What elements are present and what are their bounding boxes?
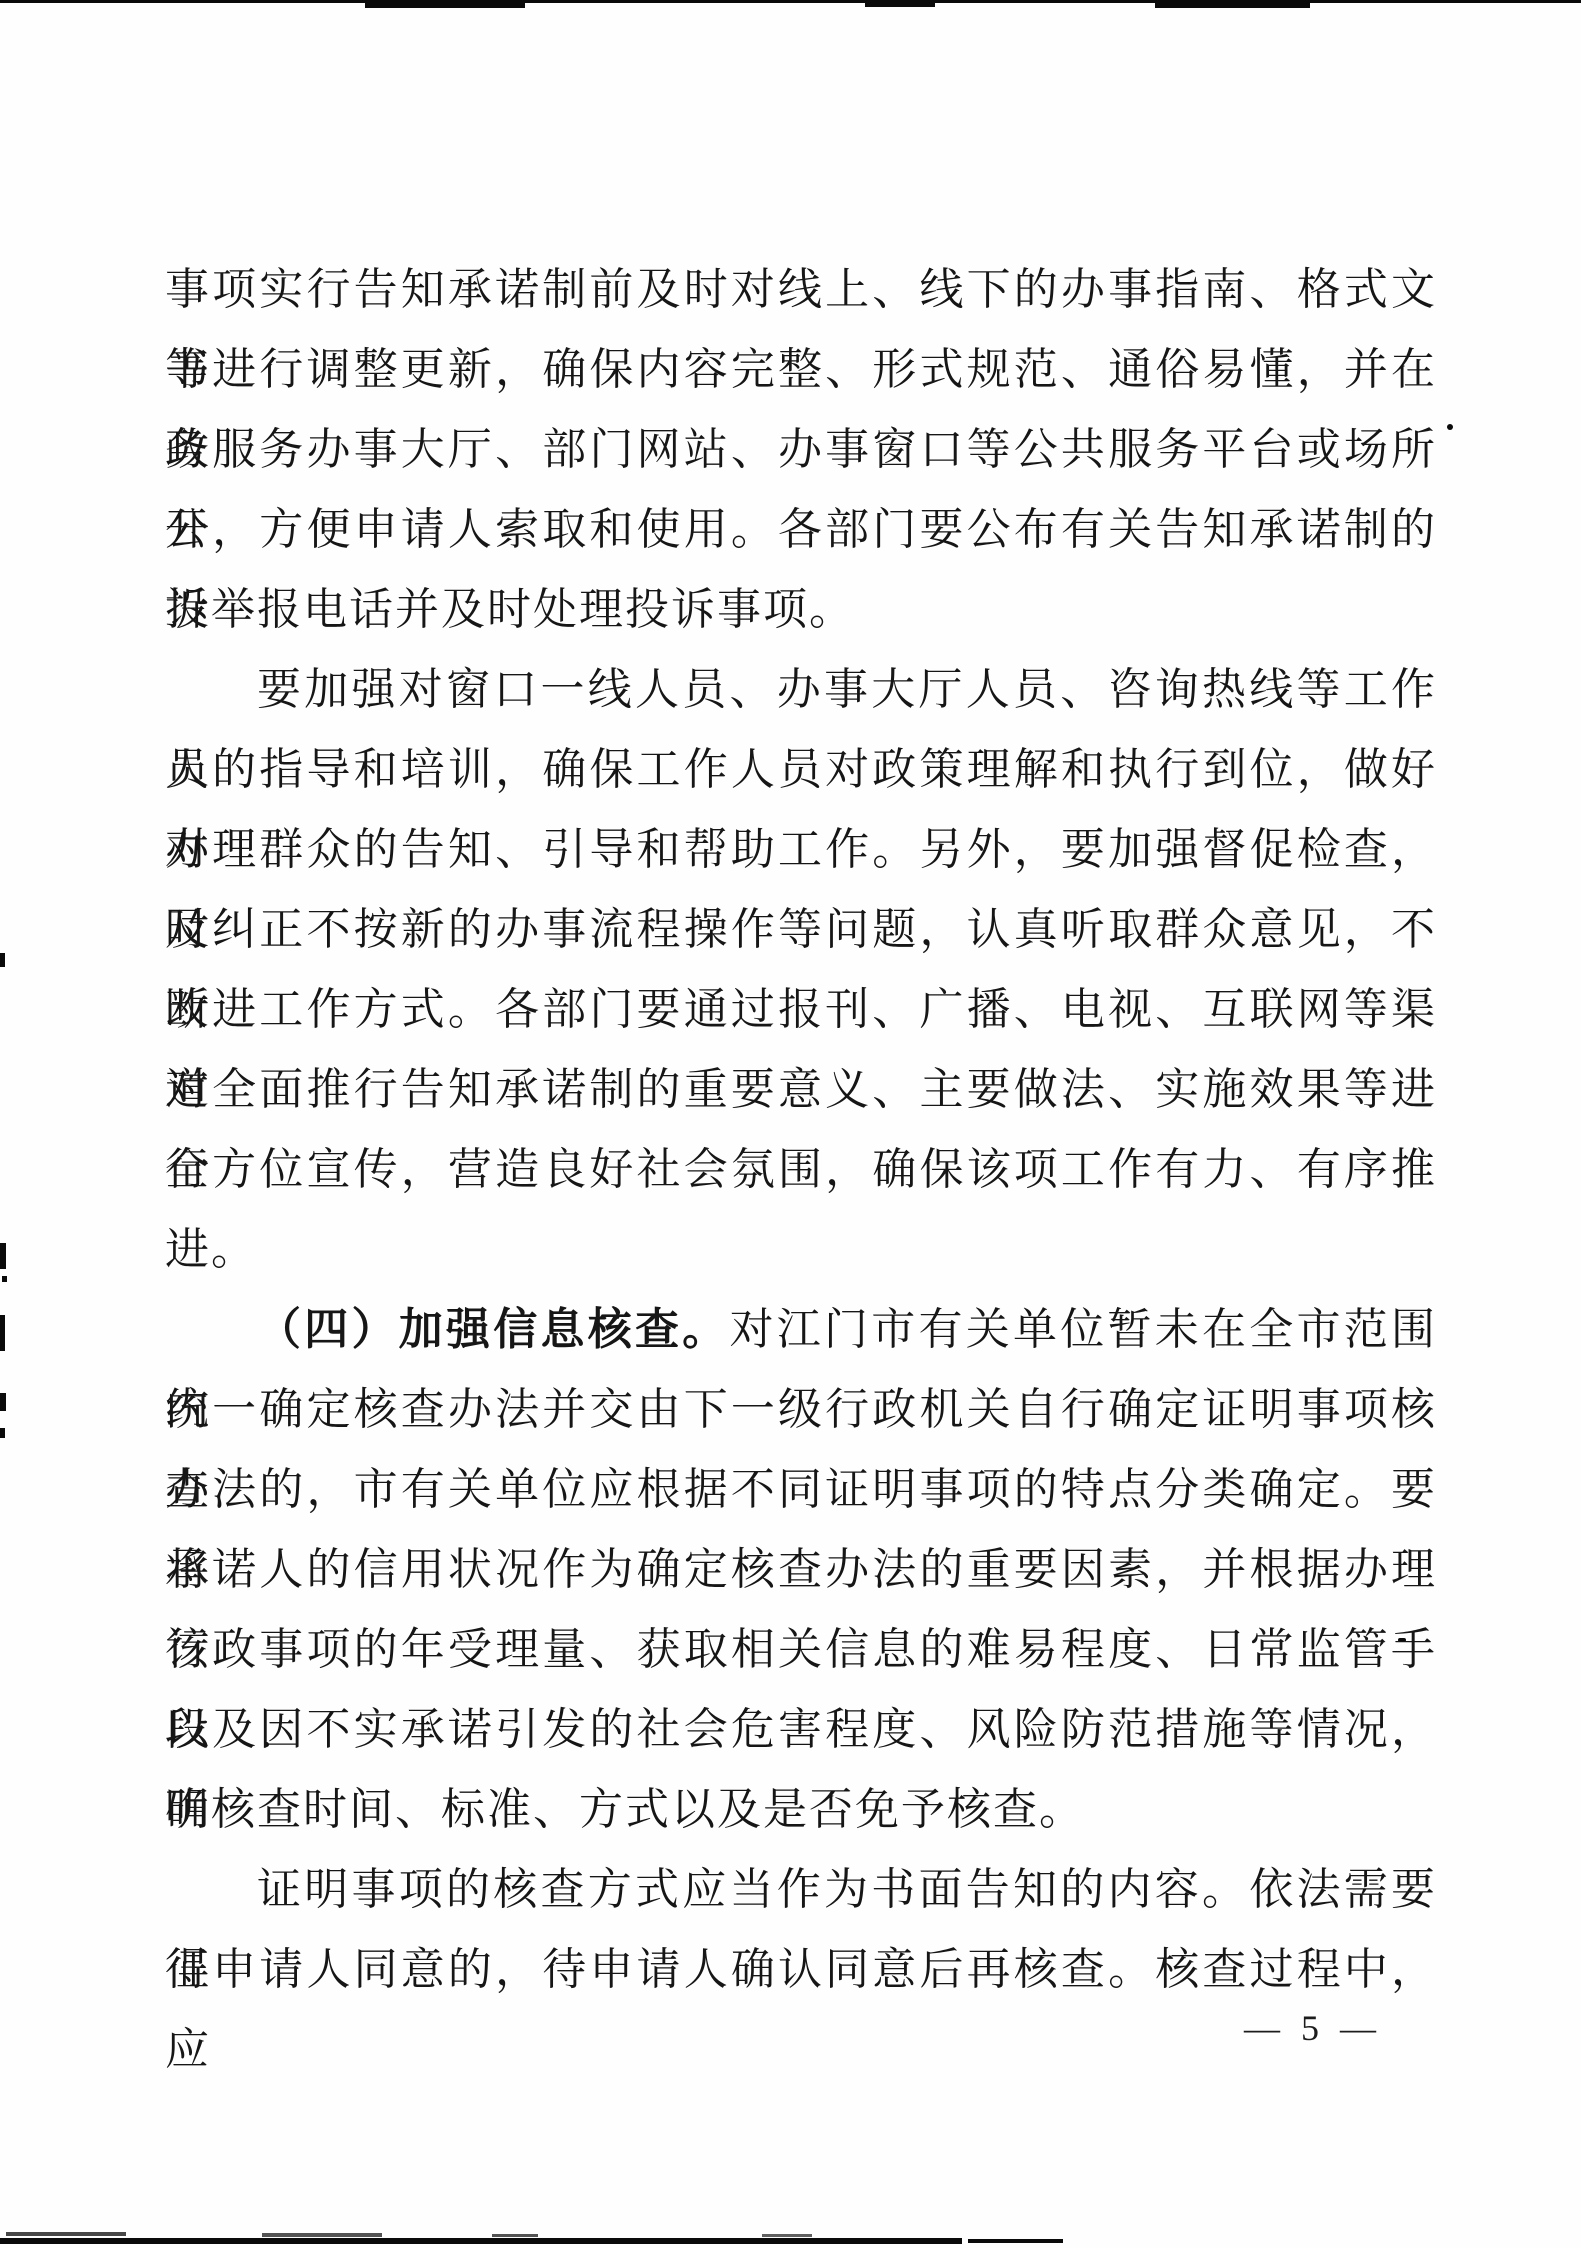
scan-edge-tick	[0, 1428, 5, 1438]
text-line: 以及因不实承诺引发的社会危害程度、风险防范措施等情况，明	[165, 1690, 1437, 1770]
text-line: 证明事项的核查方式应当作为书面告知的内容。依法需要征	[165, 1850, 1437, 1930]
paragraph: 要加强对窗口一线人员、办事大厅人员、咨询热线等工作人 员的指导和培训，确保工作人…	[165, 650, 1437, 1290]
text-line: 承诺人的信用状况作为确定核查办法的重要因素，并根据办理该	[165, 1530, 1437, 1610]
document-body: 事项实行告知承诺制前及时对线上、线下的办事指南、格式文书 等进行调整更新，确保内…	[165, 250, 1437, 2010]
text-line: 全方位宣传，营造良好社会氛围，确保该项工作有力、有序推	[165, 1130, 1437, 1210]
text-line: 得申请人同意的，待申请人确认同意后再核查。核查过程中，应	[165, 1930, 1437, 2010]
scan-speck	[2, 1276, 7, 1282]
scan-edge-artifact-bottom	[262, 2233, 382, 2237]
text-line: 办法的，市有关单位应根据不同证明事项的特点分类确定。要将	[165, 1450, 1437, 1530]
text-line: 对全面推行告知承诺制的重要意义、主要做法、实施效果等进行	[165, 1050, 1437, 1130]
scan-edge-artifact-top	[865, 0, 935, 7]
text-line: 要加强对窗口一线人员、办事大厅人员、咨询热线等工作人	[165, 650, 1437, 730]
text-line: 办理群众的告知、引导和帮助工作。另外，要加强督促检查，及	[165, 810, 1437, 890]
text-line: 等进行调整更新，确保内容完整、形式规范、通俗易懂，并在政	[165, 330, 1437, 410]
paragraph: 事项实行告知承诺制前及时对线上、线下的办事指南、格式文书 等进行调整更新，确保内…	[165, 250, 1437, 650]
page-number: — 5 —	[1244, 2008, 1382, 2048]
text-line: 开，方便申请人索取和使用。各部门要公布有关告知承诺制的投	[165, 490, 1437, 570]
scan-edge-tick	[0, 1315, 5, 1351]
text-line: 员的指导和培训，确保工作人员对政策理解和执行到位，做好对	[165, 730, 1437, 810]
text-line: 时纠正不按新的办事流程操作等问题，认真听取群众意见，不断	[165, 890, 1437, 970]
section-heading: （四）加强信息核查。	[257, 1305, 730, 1354]
text-line: 确核查时间、标准、方式以及是否免予核查。	[165, 1770, 1437, 1850]
scan-edge-tick	[0, 1393, 6, 1411]
scan-edge-artifact-bottom	[968, 2239, 1063, 2243]
text-line: 进。	[165, 1210, 1437, 1290]
scan-edge-artifact-bottom	[762, 2234, 812, 2237]
scan-edge-artifact-top	[0, 0, 1581, 3]
scan-speck	[1447, 424, 1453, 430]
text-line: 改进工作方式。各部门要通过报刊、广播、电视、互联网等渠道	[165, 970, 1437, 1050]
text-line: （四）加强信息核查。对江门市有关单位暂未在全市范围内	[165, 1290, 1437, 1370]
scan-edge-artifact-bottom	[0, 2238, 962, 2244]
scan-edge-tick	[0, 953, 5, 967]
text-line: 务服务办事大厅、部门网站、办事窗口等公共服务平台或场所公	[165, 410, 1437, 490]
scan-edge-artifact-top	[1155, 0, 1310, 8]
text-line: 诉举报电话并及时处理投诉事项。	[165, 570, 1437, 650]
text-line: 行政事项的年受理量、获取相关信息的难易程度、日常监管手段	[165, 1610, 1437, 1690]
scan-edge-artifact-top	[365, 0, 525, 8]
text-line: 事项实行告知承诺制前及时对线上、线下的办事指南、格式文书	[165, 250, 1437, 330]
scan-edge-artifact-bottom	[492, 2234, 538, 2237]
scan-edge-tick	[0, 1243, 6, 1269]
scanned-document-page: 事项实行告知承诺制前及时对线上、线下的办事指南、格式文书 等进行调整更新，确保内…	[0, 0, 1581, 2248]
paragraph: （四）加强信息核查。对江门市有关单位暂未在全市范围内 统一确定核查办法并交由下一…	[165, 1290, 1437, 1850]
text-line: 统一确定核查办法并交由下一级行政机关自行确定证明事项核查	[165, 1370, 1437, 1450]
scan-edge-artifact-bottom	[6, 2232, 126, 2236]
paragraph: 证明事项的核查方式应当作为书面告知的内容。依法需要征 得申请人同意的，待申请人确…	[165, 1850, 1437, 2010]
